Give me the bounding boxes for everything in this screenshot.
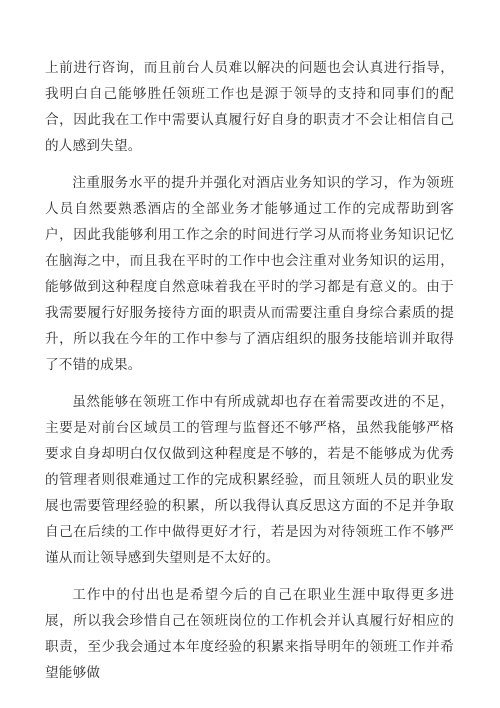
- document-viewport: 上前进行咨询，而且前台人员难以解决的问题也会认真进行指导，我明白自己能够胜任领班…: [0, 0, 500, 708]
- document-text: 上前进行咨询，而且前台人员难以解决的问题也会认真进行指导，我明白自己能够胜任领班…: [45, 55, 454, 686]
- paragraph: 工作中的付出也是希望今后的自己在职业生涯中取得更多进展，所以我会珍惜自己在领班岗…: [45, 582, 454, 686]
- document-page: 上前进行咨询，而且前台人员难以解决的问题也会认真进行指导，我明白自己能够胜任领班…: [0, 0, 500, 708]
- paragraph: 上前进行咨询，而且前台人员难以解决的问题也会认真进行指导，我明白自己能够胜任领班…: [45, 55, 454, 159]
- paragraph: 虽然能够在领班工作中有所成就却也存在着需要改进的不足，主要是对前台区域员工的管理…: [45, 389, 454, 571]
- paragraph: 注重服务水平的提升并强化对酒店业务知识的学习，作为领班人员自然要熟悉酒店的全部业…: [45, 170, 454, 378]
